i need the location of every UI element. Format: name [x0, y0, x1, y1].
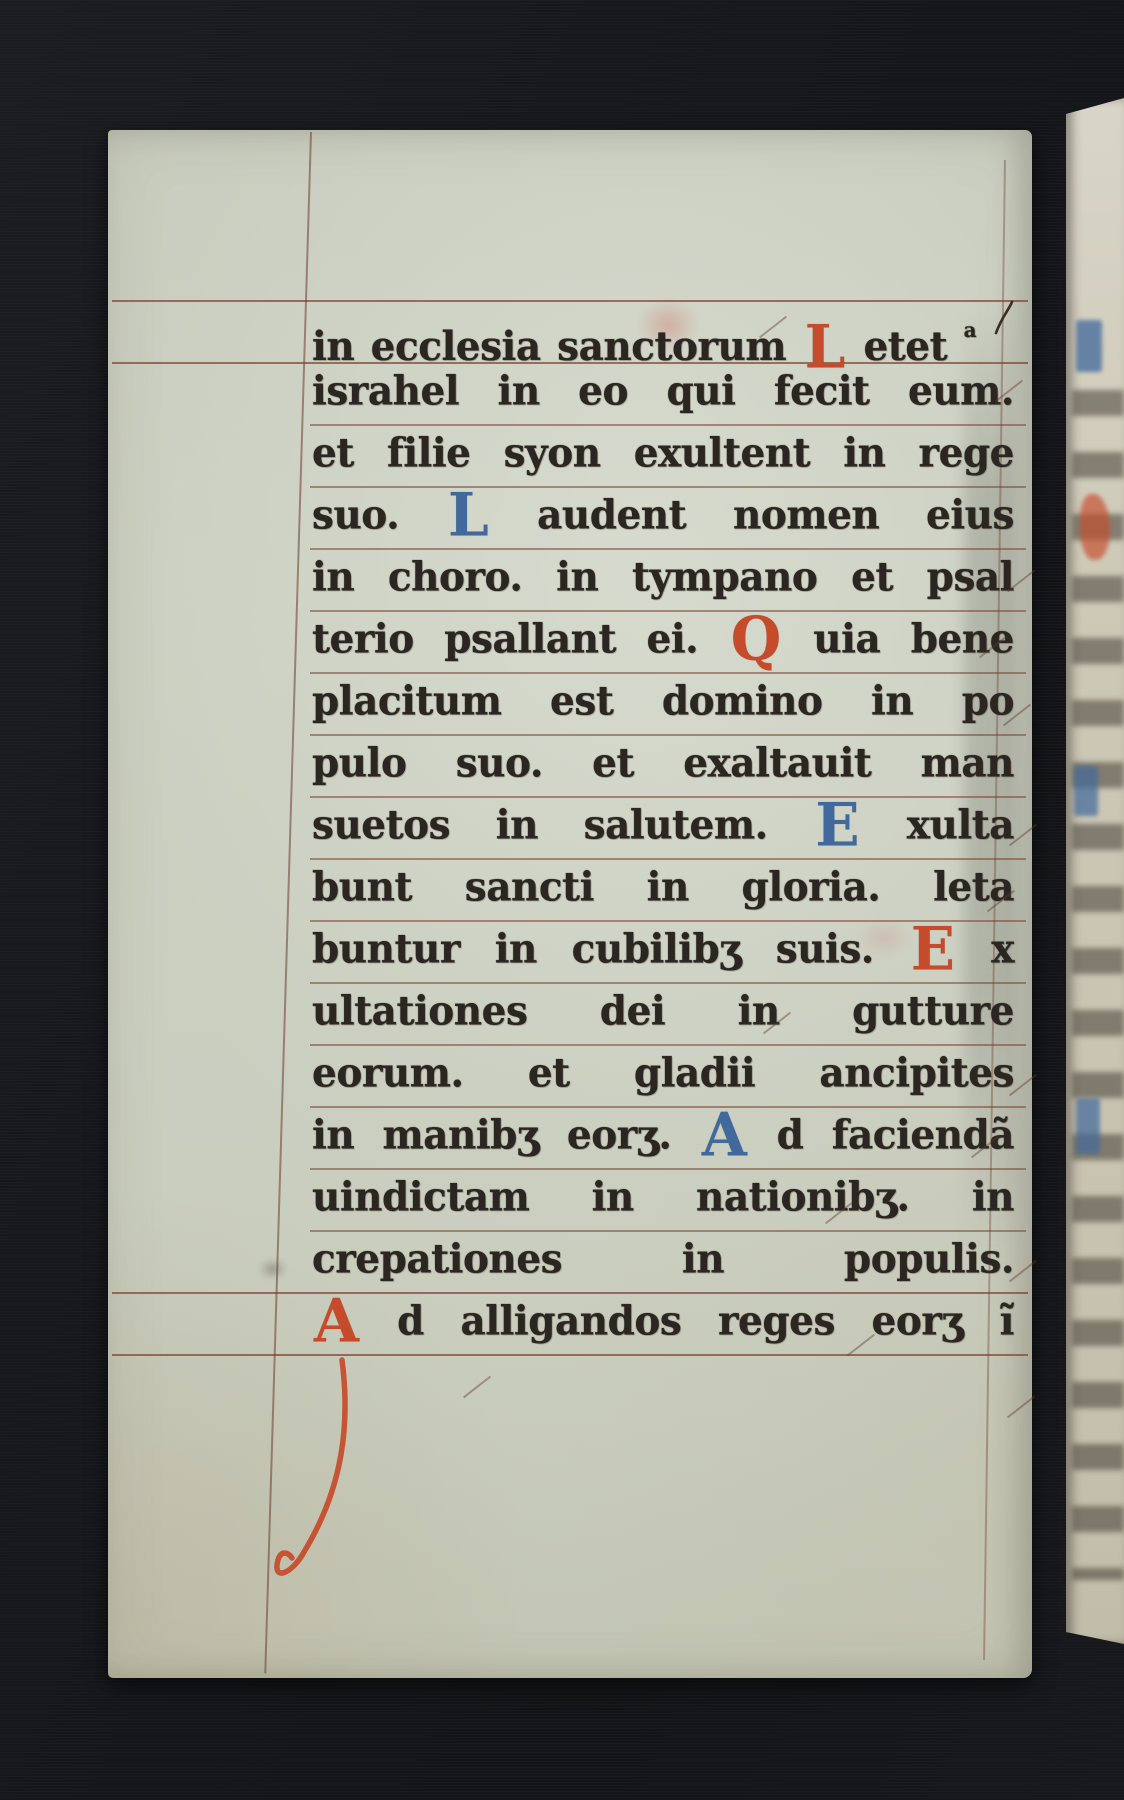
facing-page-blurred-text — [1072, 390, 1124, 1580]
text-segment: xulta — [907, 801, 1014, 849]
text-line: pulo suo. et exaltauit man — [312, 734, 1014, 798]
text-line: suo. L audent nomen eius — [312, 486, 1014, 550]
facing-page-sliver — [1066, 98, 1124, 1644]
text-segment: x — [991, 925, 1014, 973]
text-segment: suo. — [312, 491, 399, 539]
text-segment: suetos in salutem. — [312, 801, 768, 849]
text-line: buntur in cubilibʒ suis. E x — [312, 920, 1014, 984]
abbreviation-swash-stroke — [994, 300, 1014, 335]
manuscript-page: in ecclesia sanctorum L etet a israhel i… — [108, 130, 1032, 1678]
text-line: ultationes dei in gutture — [312, 982, 1014, 1046]
pen-hairline-stroke — [1007, 1396, 1035, 1419]
text-line: israhel in eo qui fecit eum. — [312, 362, 1014, 426]
text-segment: israhel in eo qui fecit eum. — [312, 367, 1014, 415]
facing-page-blue-initial — [1076, 320, 1102, 372]
pen-hairline-stroke — [463, 1376, 491, 1399]
text-line: in choro. in tympano et psal — [312, 548, 1014, 612]
text-line: crepationes in populis. — [312, 1230, 1014, 1294]
text-segment: terio psallant ei. — [312, 615, 698, 663]
text-segment: uia bene — [813, 615, 1014, 663]
text-segment: in choro. in tympano et psal — [312, 553, 1014, 601]
text-segment: bunt sancti in gloria. leta — [312, 863, 1014, 911]
text-segment: d alligandos reges eorʒ ĩ — [397, 1297, 1014, 1345]
text-segment: ultationes dei in gutture — [312, 987, 1014, 1035]
text-segment: buntur in cubilibʒ suis. — [312, 925, 874, 973]
rubric-initial-blue: E — [813, 790, 861, 861]
rubric-initial-red: A — [312, 1286, 361, 1357]
facing-page-blue-initial-3 — [1076, 1098, 1100, 1154]
text-line: terio psallant ei. Q uia bene — [312, 610, 1014, 674]
rubric-initial-red: Q — [729, 604, 783, 675]
text-segment: placitum est domino in po — [312, 677, 1014, 725]
rubric-initial-blue: A — [700, 1100, 749, 1171]
rubric-initial-red: E — [909, 914, 957, 985]
parchment-blemish — [258, 1258, 288, 1280]
text-line: suetos in salutem. E xulta — [312, 796, 1014, 860]
text-segment: uindictam in nationibʒ. in — [312, 1173, 1014, 1221]
superscript-abbreviation: a — [964, 317, 977, 342]
text-segment: pulo suo. et exaltauit man — [312, 739, 1014, 787]
text-segment: eorum. et gladii ancipites — [312, 1049, 1014, 1097]
text-line: eorum. et gladii ancipites — [312, 1044, 1014, 1108]
facing-page-blue-initial-2 — [1074, 766, 1098, 816]
text-line: et filie syon exultent in rege — [312, 424, 1014, 488]
text-line: placitum est domino in po — [312, 672, 1014, 736]
text-line: in ecclesia sanctorum L etet a — [312, 300, 1014, 364]
text-segment: in manibʒ eorʒ. — [312, 1111, 672, 1159]
text-line: A d alligandos reges eorʒ ĩ — [312, 1292, 1014, 1356]
text-segment: crepationes in populis. — [312, 1235, 1014, 1283]
photo-background: in ecclesia sanctorum L etet a israhel i… — [0, 0, 1124, 1800]
text-line: uindictam in nationibʒ. in — [312, 1168, 1014, 1232]
text-segment: et filie syon exultent in rege — [312, 429, 1014, 477]
text-line: in manibʒ eorʒ. A d faciendã — [312, 1106, 1014, 1170]
rubric-initial-blue: L — [446, 480, 490, 551]
text-segment: audent nomen eius — [537, 491, 1014, 539]
